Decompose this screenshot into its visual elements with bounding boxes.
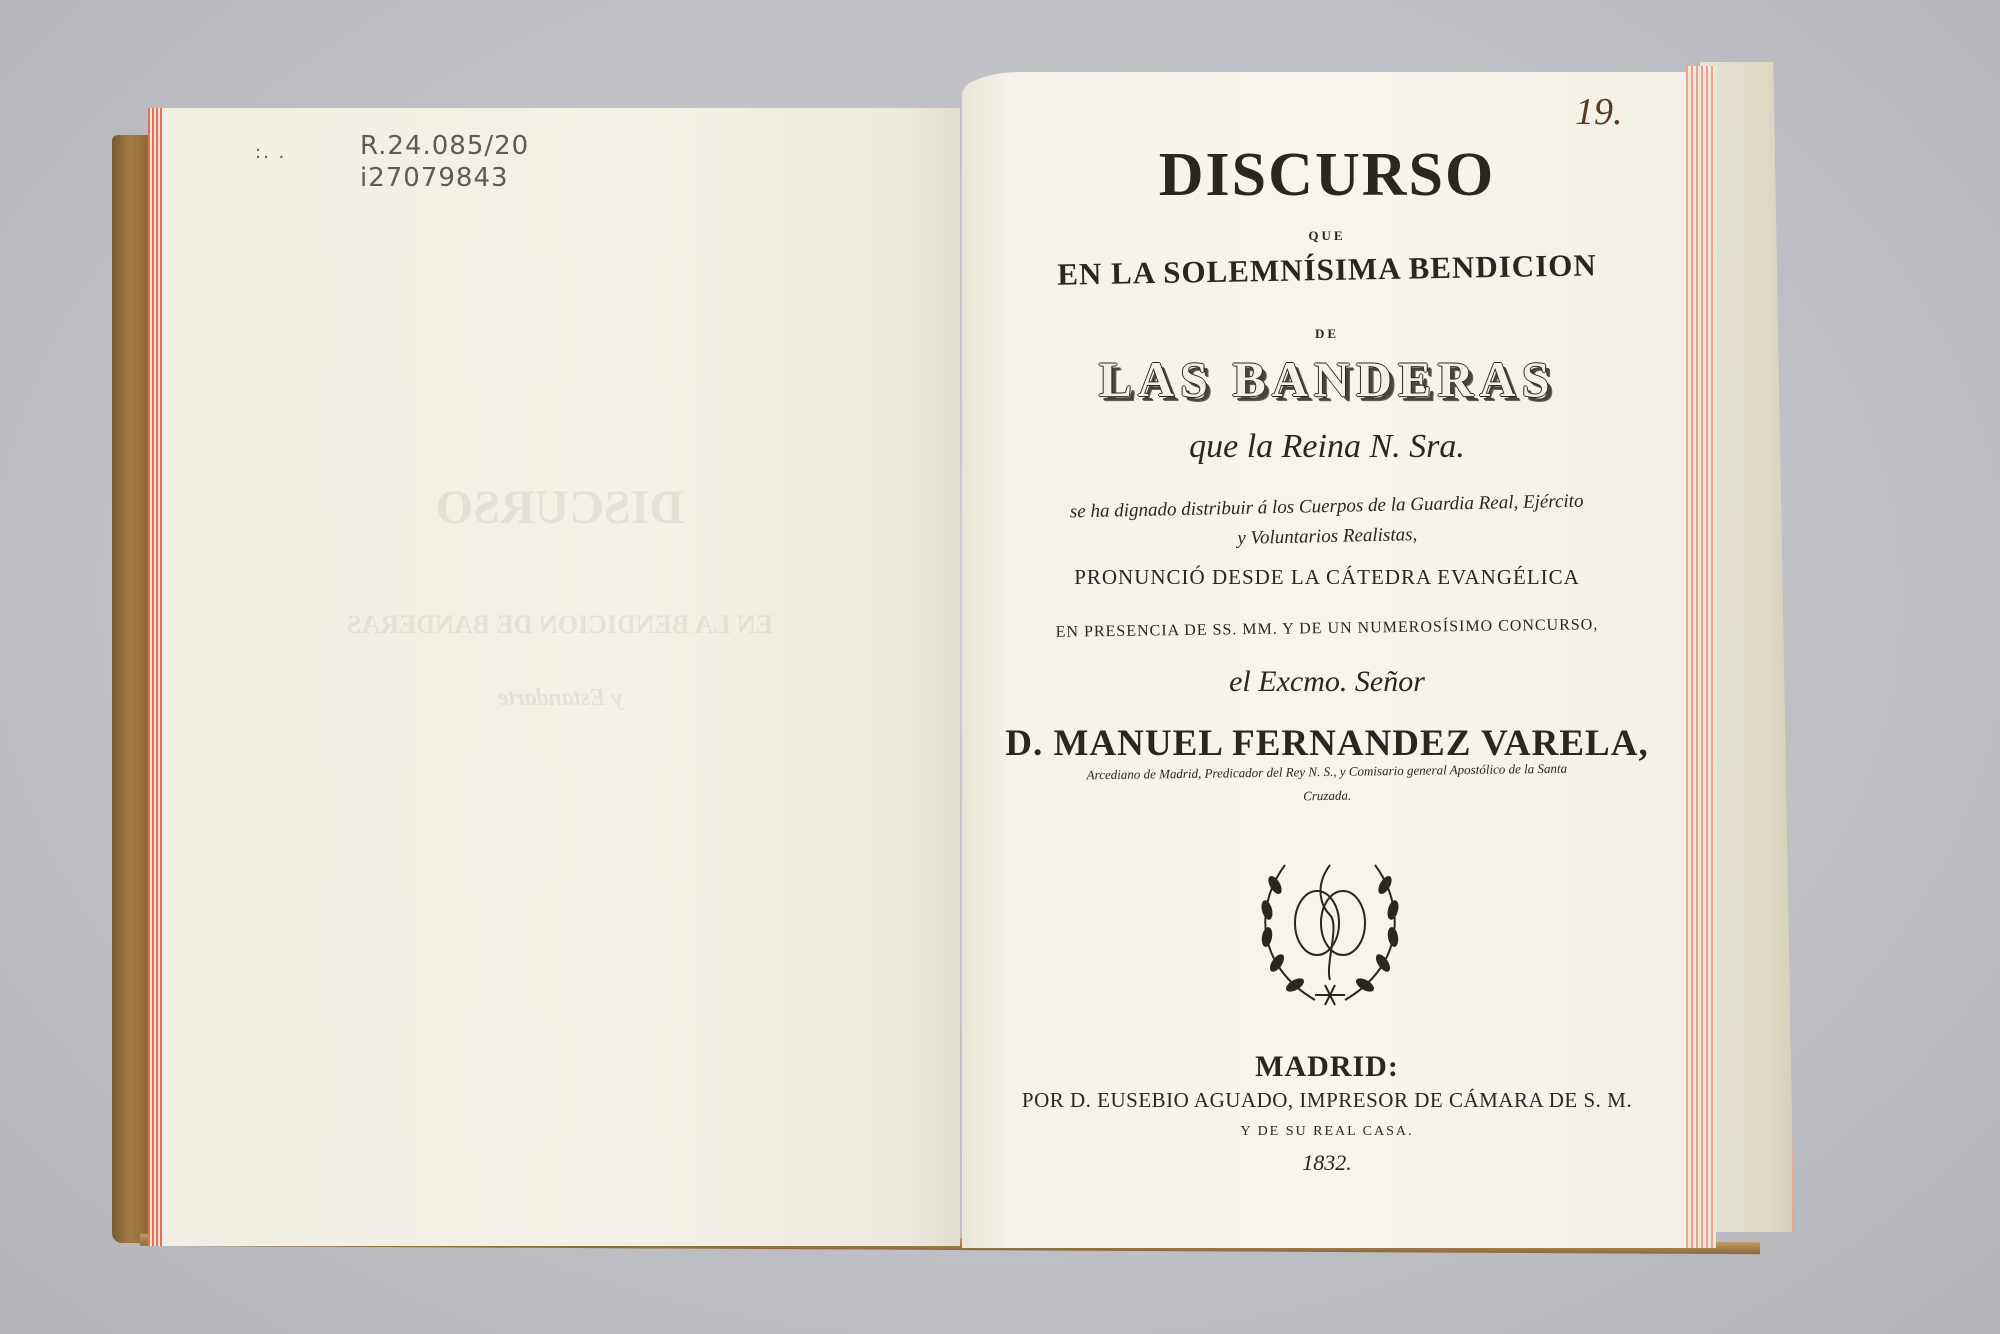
shelfmark: R.24.085/20 i27079843: [360, 130, 529, 194]
library-stamp: :. .: [255, 142, 286, 163]
leather-spine-edge: [112, 135, 152, 1243]
folio-number: 19.: [1575, 90, 1623, 134]
de-line: DE: [962, 326, 1692, 342]
show-through-title: DISCURSO: [180, 480, 940, 535]
shelfmark-line-2: i27079843: [360, 162, 529, 194]
imprint-city: MADRID:: [962, 1050, 1692, 1084]
imprint-house: Y DE SU REAL CASA.: [962, 1124, 1692, 1140]
laurel-wreath-monogram-icon: [1245, 845, 1415, 1015]
que-line: QUE: [962, 228, 1692, 244]
imprint-year: 1832.: [962, 1150, 1692, 1176]
title: DISCURSO: [962, 140, 1692, 211]
shelfmark-line-1: R.24.085/20: [360, 130, 529, 162]
imprint-printer: POR D. EUSEBIO AGUADO, IMPRESOR DE CÁMAR…: [962, 1088, 1692, 1113]
excmo-line: el Excmo. Señor: [962, 665, 1692, 699]
left-page: [150, 108, 960, 1246]
show-through-line: EN LA BENDICION DE BANDERAS: [180, 610, 940, 640]
left-page-red-edges: [148, 108, 162, 1246]
reina-line: que la Reina N. Sra.: [962, 428, 1692, 466]
author-titles: Arcediano de Madrid, Predicador del Rey …: [962, 755, 1693, 813]
show-through-line: y Estandarte: [180, 685, 940, 712]
banderas-heading: LAS BANDERAS: [962, 350, 1692, 408]
open-book: :. . R.24.085/20 i27079843 DISCURSO EN L…: [0, 0, 2000, 1334]
pronuncio-line: PRONUNCIÓ DESDE LA CÁTEDRA EVANGÉLICA: [962, 565, 1692, 590]
